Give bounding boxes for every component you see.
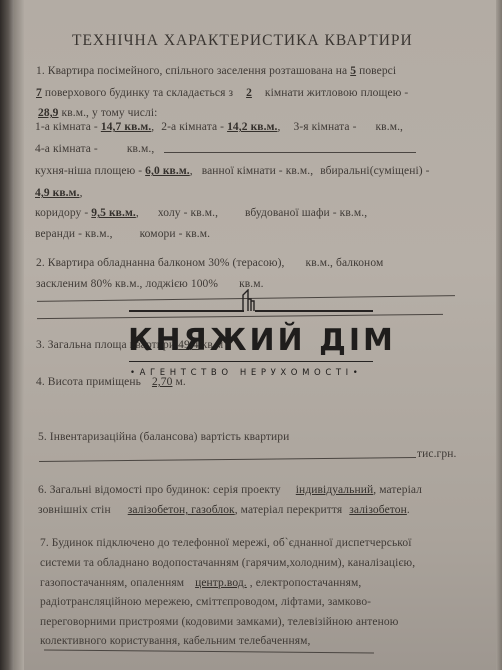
- hall-label: холу - кв.м.,: [158, 207, 218, 219]
- watermark-rule-bottom: [129, 361, 373, 362]
- heating-label: газопостачанням, опаленням: [40, 577, 184, 589]
- closet-label: вбудованої шафи - кв.м.,: [245, 207, 367, 219]
- section-1-line-1: 1. Квартира посімейного, спільного засел…: [36, 65, 396, 77]
- room4-label: 4-а кімната -: [35, 143, 98, 155]
- text: кімнати житловою площею -: [265, 87, 408, 99]
- section-7-line-3: газопостачанням, опаленням центр.вод. , …: [40, 577, 361, 589]
- building-icon: [240, 289, 256, 311]
- text: , електропостачанням,: [250, 577, 362, 589]
- watermark-rule-top-right: [255, 310, 373, 312]
- watermark-rule-top-left: [129, 310, 244, 312]
- room3-unit: кв.м.,: [376, 121, 404, 133]
- text: , матеріал перекриття: [235, 504, 343, 516]
- document-title: ТЕХНІЧНА ХАРАКТЕРИСТИКА КВАРТИРИ: [72, 32, 413, 50]
- section-5-unit: тис.грн.: [417, 448, 456, 460]
- kitchen-value: 6,0 кв.м.: [145, 165, 190, 177]
- bath-label: ванної кімнати - кв.м.,: [202, 165, 314, 177]
- glazed-balcony-text: засклeним 80% кв.м., лоджією 100%: [36, 278, 218, 290]
- room1-value: 14,7 кв.м.: [101, 121, 151, 133]
- section-2-line-1: 2. Квартира обладнанна балконом 30% (тер…: [36, 257, 383, 269]
- section-1-kitchen-line: кухня-ніша площею - 6,0 кв.м., ванної кі…: [35, 165, 430, 177]
- kitchen-label: кухня-ніша площею -: [35, 165, 142, 177]
- floor-value: 5: [350, 65, 356, 77]
- section-1-room4-line: 4-а кімната - кв.м.,: [35, 143, 154, 155]
- room1-label: 1-а кімната -: [35, 121, 98, 133]
- page-shadow: [14, 0, 24, 670]
- veranda-label: веранди - кв.м.,: [35, 228, 113, 240]
- section-1-rooms-line: 1-а кімната - 14,7 кв.м., 2-а кімната - …: [35, 121, 403, 133]
- balcony-unit: кв.м., балконом: [306, 257, 384, 269]
- balcony-text: 2. Квартира обладнанна балконом 30% (тер…: [36, 257, 285, 269]
- series-value: індивідуальний: [296, 484, 373, 496]
- section-1-veranda-line: веранди - кв.м., комори - кв.м.: [35, 228, 210, 240]
- section-5-line: 5. Інвентаризаційна (балансова) вартість…: [38, 431, 289, 443]
- section-7-line-6: колективного користування, кабельним тел…: [40, 635, 310, 647]
- series-label: 6. Загальні відомості про будинок: серія…: [38, 484, 281, 496]
- section-1-wc-line: 4,9 кв.м.,: [35, 187, 83, 199]
- wc-label: вбиральні(суміщені) -: [320, 165, 429, 177]
- walls-value: залізобетон, газоблок: [128, 504, 235, 516]
- blank-line: [164, 152, 416, 153]
- section-7-line-5: переговорними пристроями (кодовими замка…: [40, 616, 398, 628]
- text: кв.м., у тому числі:: [62, 107, 158, 119]
- watermark-subtitle: •АГЕНТСТВО НЕРУХОМОСТІ•: [130, 368, 362, 378]
- corridor-label: коридору -: [35, 207, 88, 219]
- room2-label: 2-а кімната -: [161, 121, 224, 133]
- room4-unit: кв.м.,: [127, 143, 155, 155]
- photo-background-right: [496, 0, 502, 670]
- text: .: [407, 504, 410, 516]
- room3-label: 3-я кімната -: [293, 121, 356, 133]
- room2-value: 14,2 кв.м.: [227, 121, 277, 133]
- section-1-line-3: 28,9 кв.м., у тому числі:: [38, 107, 157, 119]
- text: поверсі: [359, 65, 396, 77]
- section-7-line-2: системи та обладнано водопостачанням (га…: [40, 557, 415, 569]
- section-6-line-2: зовнішніх стін залізобетон, газоблок, ма…: [38, 504, 410, 516]
- section-1-corridor-line: коридору - 9,5 кв.м., холу - кв.м., вбуд…: [35, 207, 367, 219]
- heating-value: центр.вод.: [195, 577, 247, 589]
- floors-value: залізобетон: [349, 504, 407, 516]
- section-7-line-1: 7. Будинок підключено до телефонної мере…: [40, 537, 412, 549]
- text: , матеріал: [373, 484, 422, 496]
- section-2-line-2: засклeним 80% кв.м., лоджією 100% кв.м.: [36, 278, 264, 290]
- watermark-brand-name: КНЯЖИЙ ДІМ: [128, 323, 396, 358]
- text: 1. Квартира посімейного, спільного засел…: [36, 65, 347, 77]
- height-label: 4. Висота приміщень: [36, 376, 141, 388]
- photo-background-left: [0, 0, 14, 670]
- text: поверхового будинку та складається з: [45, 87, 233, 99]
- section-7-line-4: радіотрансляційною мережею, сміттєпровод…: [40, 596, 371, 608]
- walls-label: зовнішніх стін: [38, 504, 111, 516]
- total-floors-value: 7: [36, 87, 42, 99]
- section-1-line-2: 7 поверхового будинку та складається з 2…: [36, 87, 408, 99]
- rooms-value: 2: [246, 87, 252, 99]
- section-6-line-1: 6. Загальні відомості про будинок: серія…: [38, 484, 422, 496]
- living-area-value: 28,9: [38, 107, 59, 119]
- storage-label: комори - кв.м.: [140, 228, 211, 240]
- corridor-value: 9,5 кв.м.: [91, 207, 136, 219]
- wc-value: 4,9 кв.м.: [35, 187, 80, 199]
